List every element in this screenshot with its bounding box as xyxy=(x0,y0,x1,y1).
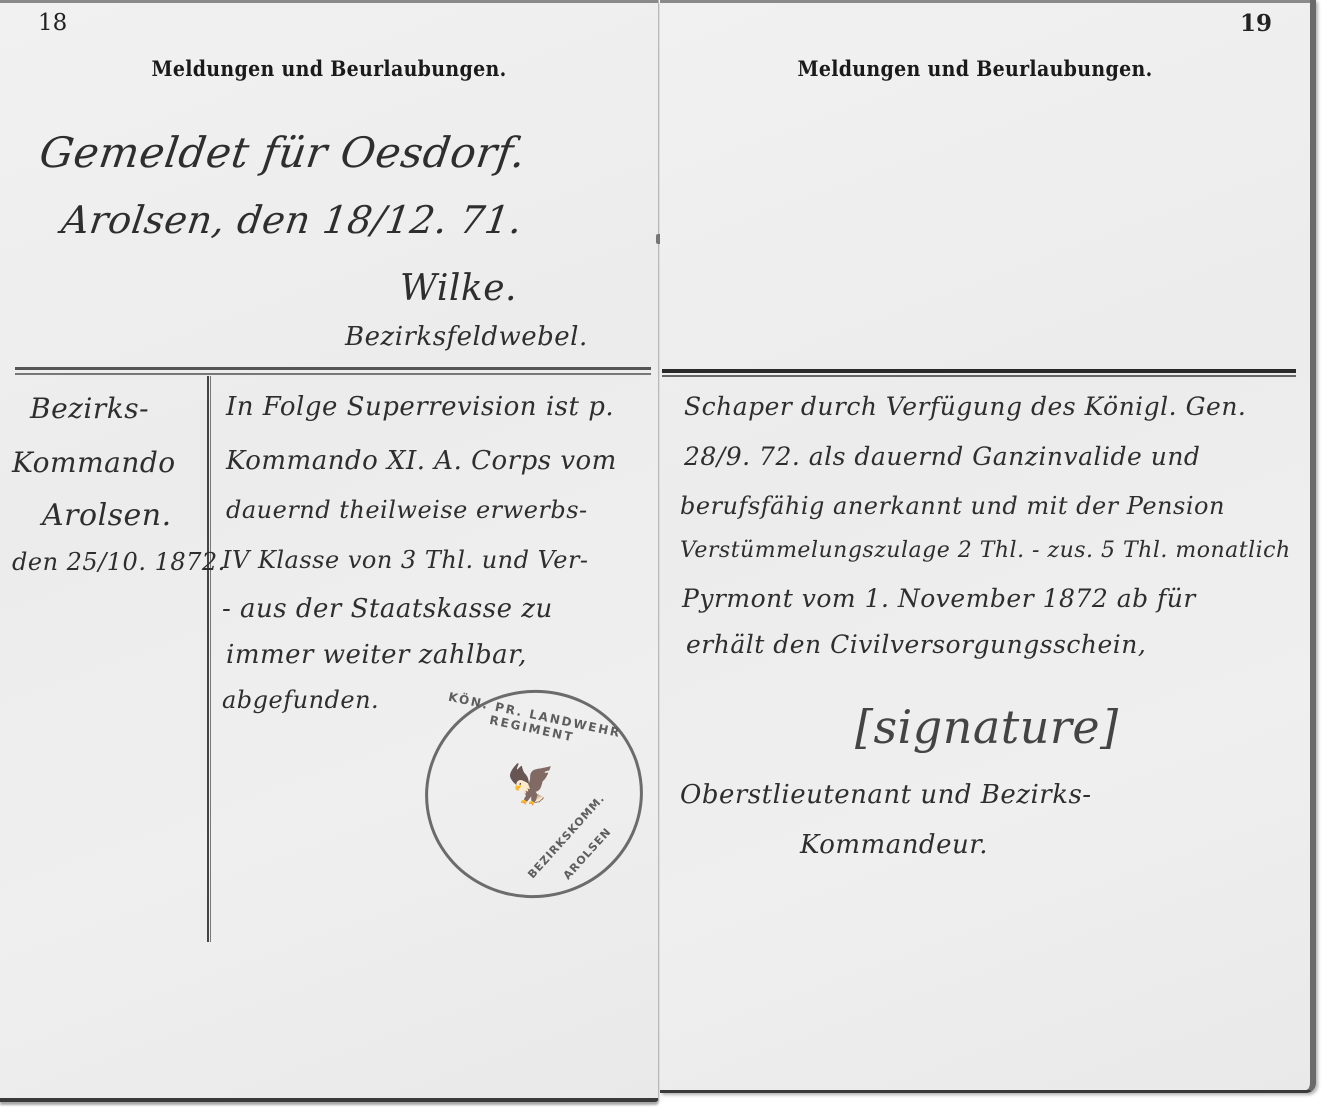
body-line-7: abgefunden. xyxy=(222,686,379,714)
authority-date: den 25/10. 1872. xyxy=(12,548,226,576)
entry-signer-title: Bezirksfeldwebel. xyxy=(345,322,588,352)
page-header: Meldungen und Beurlaubungen. xyxy=(660,56,1310,81)
signer-title-line-1: Oberstlieutenant und Bezirks- xyxy=(680,780,1092,810)
page-edge xyxy=(660,0,1310,3)
official-stamp: KÖN. PR. LANDWEHR REGIMENT 🦅 BEZIRKSKOMM… xyxy=(412,676,657,912)
page-edge xyxy=(0,0,658,3)
right-page: 19 Meldungen und Beurlaubungen. Schaper … xyxy=(660,0,1316,1093)
body-line-2: Kommando XI. A. Corps vom xyxy=(226,446,617,476)
authority-line-2: Kommando xyxy=(12,446,176,479)
ruled-separator xyxy=(15,367,651,375)
body-line-5: - aus der Staatskasse zu xyxy=(222,594,553,624)
body-line-4: Verstümmelungszulage 2 Thl. - zus. 5 Thl… xyxy=(680,538,1291,563)
body-line-5: Pyrmont vom 1. November 1872 ab für xyxy=(682,584,1196,613)
entry-signature-name: Wilke. xyxy=(400,268,517,309)
body-line-1: In Folge Superrevision ist p. xyxy=(226,392,614,422)
body-line-3: dauernd theilweise erwerbs- xyxy=(226,496,588,524)
eagle-emblem-icon: 🦅 xyxy=(505,757,561,810)
left-page: 18 Meldungen und Beurlaubungen. Gemeldet… xyxy=(0,0,659,1102)
body-line-4: IV Klasse von 3 Thl. und Ver- xyxy=(222,546,589,574)
body-line-3: berufsfähig anerkannt und mit der Pensio… xyxy=(680,492,1225,520)
stamp-ring-text: KÖN. PR. LANDWEHR REGIMENT xyxy=(427,686,640,757)
authority-line-1: Bezirks- xyxy=(30,392,149,425)
authority-line-3: Arolsen. xyxy=(42,498,172,533)
body-line-6: erhält den Civilversorgungsschein, xyxy=(686,630,1146,659)
body-line-1: Schaper durch Verfügung des Königl. Gen. xyxy=(684,392,1246,421)
entry-line-registration: Gemeldet für Oesdorf. xyxy=(37,128,529,177)
commander-signature: [signature] xyxy=(855,700,1119,754)
body-line-2: 28/9. 72. als dauernd Ganzinvalide und xyxy=(684,442,1200,471)
page-number: 18 xyxy=(38,10,67,36)
signer-title-line-2: Kommandeur. xyxy=(800,830,988,860)
column-divider xyxy=(207,376,211,942)
page-number: 19 xyxy=(1240,10,1272,37)
entry-line-place-date: Arolsen, den 18/12. 71. xyxy=(59,198,525,242)
ruled-separator xyxy=(662,369,1296,377)
page-header: Meldungen und Beurlaubungen. xyxy=(0,56,658,81)
body-line-6: immer weiter zahlbar, xyxy=(226,640,527,670)
